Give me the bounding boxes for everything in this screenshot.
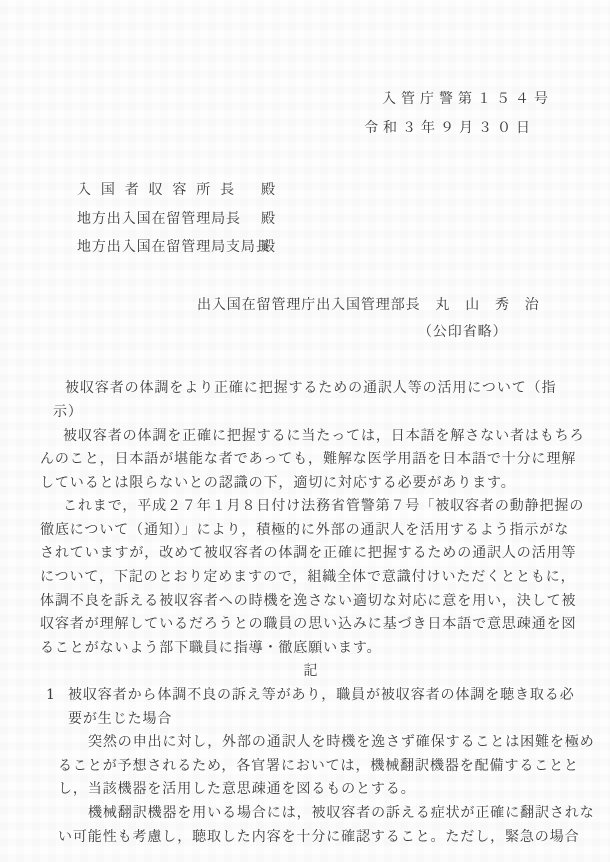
- item-number: 1: [46, 684, 56, 708]
- document-body: 被収容者の体調を正確に把握するに当たっては，日本語を解さない者はもちろ んのこと…: [40, 425, 582, 850]
- doc-number: 入管庁警第１５４号: [0, 85, 610, 114]
- body-line: 徹底について（通知）」により，積極的に外部の通訳人を活用するよう指示がな: [40, 519, 582, 543]
- addressee-name: 地方出入国在留管理局長: [77, 205, 235, 234]
- subject-line: 示）: [40, 400, 580, 424]
- record-marker: 記: [40, 660, 582, 684]
- body-line: 突然の申出に対し，外部の通訳人を時機を逸さず確保することは困難を極め: [58, 731, 582, 755]
- body-line: ることがないよう部下職員に指導・徹底願います。: [40, 637, 582, 661]
- body-line: い可能性も考慮し，聴取した内容を十分に確認すること。ただし，緊急の場合: [58, 826, 582, 850]
- addressee-honorific: 殿: [261, 211, 276, 227]
- addressee-line: 地方出入国在留管理局長殿: [77, 205, 610, 234]
- paragraph-2: これまで，平成２７年１月８日付け法務省管警第７号「被収容者の動静把握の 徹底につ…: [40, 495, 582, 660]
- addressee-name: 入国者収容所長: [77, 176, 235, 205]
- addressee-line: 地方出入国在留管理局支局長殿: [77, 233, 610, 262]
- body-line: について，下記のとおり定めますので，組織全体で意識付けいただくとともに，: [40, 566, 582, 590]
- item-1-paragraph-1: 突然の申出に対し，外部の通訳人を時機を逸さず確保することは困難を極め ることが予…: [58, 731, 582, 802]
- body-line: し，当該機器を活用した意思疎通を図るものとする。: [58, 778, 582, 802]
- addressee-honorific: 殿: [261, 239, 276, 255]
- addressee-block: 入国者収容所長殿 地方出入国在留管理局長殿 地方出入国在留管理局支局長殿: [77, 176, 610, 262]
- document-page: 入管庁警第１５４号 令和３年９月３０日 入国者収容所長殿 地方出入国在留管理局長…: [0, 0, 610, 862]
- subject-line: 被収容者の体調をより正確に把握するための通訳人等の活用について（指: [40, 376, 580, 400]
- body-line: 機械翻訳機器を用いる場合には，被収容者の訴える症状が正確に翻訳されな: [58, 802, 582, 826]
- seal-omitted-note: （公印省略）: [418, 319, 610, 346]
- body-line: ることが予想されるため，各官署においては，機械翻訳機器を配備することと: [58, 755, 582, 779]
- addressee-honorific: 殿: [261, 182, 276, 198]
- body-line: 体調不良を訴える被収容者への時機を逸さない適切な対応に意を用い，決して被: [40, 590, 582, 614]
- paragraph-1: 被収容者の体調を正確に把握するに当たっては，日本語を解さない者はもちろ んのこと…: [40, 425, 582, 496]
- item-heading-line: 要が生じた場合: [68, 708, 582, 732]
- item-heading-line: 被収容者から体調不良の訴え等があり，職員が被収容者の体調を聴き取る必: [68, 684, 582, 708]
- addressee-line: 入国者収容所長殿: [77, 176, 610, 205]
- doc-date: 令和３年９月３０日: [0, 114, 610, 143]
- sender-title-name: 出入国在留管理庁出入国管理部長 丸 山 秀 治: [197, 292, 610, 319]
- item-1-heading: 1 被収容者から体調不良の訴え等があり，職員が被収容者の体調を聴き取る必 要が生…: [40, 684, 582, 731]
- sender-block: 出入国在留管理庁出入国管理部長 丸 山 秀 治 （公印省略）: [197, 292, 610, 346]
- body-line: 収容者が理解しているだろうとの職員の思い込みに基づき日本語で意思疎通を図: [40, 613, 582, 637]
- item-1-paragraph-2: 機械翻訳機器を用いる場合には，被収容者の訴える症状が正確に翻訳されな い可能性も…: [58, 802, 582, 849]
- body-line: されていますが，改めて被収容者の体調を正確に把握するための通訳人の活用等: [40, 542, 582, 566]
- body-line: しているとは限らないとの認識の下，適切に対応する必要があります。: [40, 472, 582, 496]
- subject-title: 被収容者の体調をより正確に把握するための通訳人等の活用について（指 示）: [40, 376, 580, 424]
- body-line: これまで，平成２７年１月８日付け法務省管警第７号「被収容者の動静把握の: [40, 495, 582, 519]
- body-line: 被収容者の体調を正確に把握するに当たっては，日本語を解さない者はもちろ: [40, 425, 582, 449]
- item-1: 1 被収容者から体調不良の訴え等があり，職員が被収容者の体調を聴き取る必 要が生…: [40, 684, 582, 849]
- addressee-name: 地方出入国在留管理局支局長: [77, 233, 235, 262]
- body-line: んのこと，日本語が堪能な者であっても，難解な医学用語を日本語で十分に理解: [40, 448, 582, 472]
